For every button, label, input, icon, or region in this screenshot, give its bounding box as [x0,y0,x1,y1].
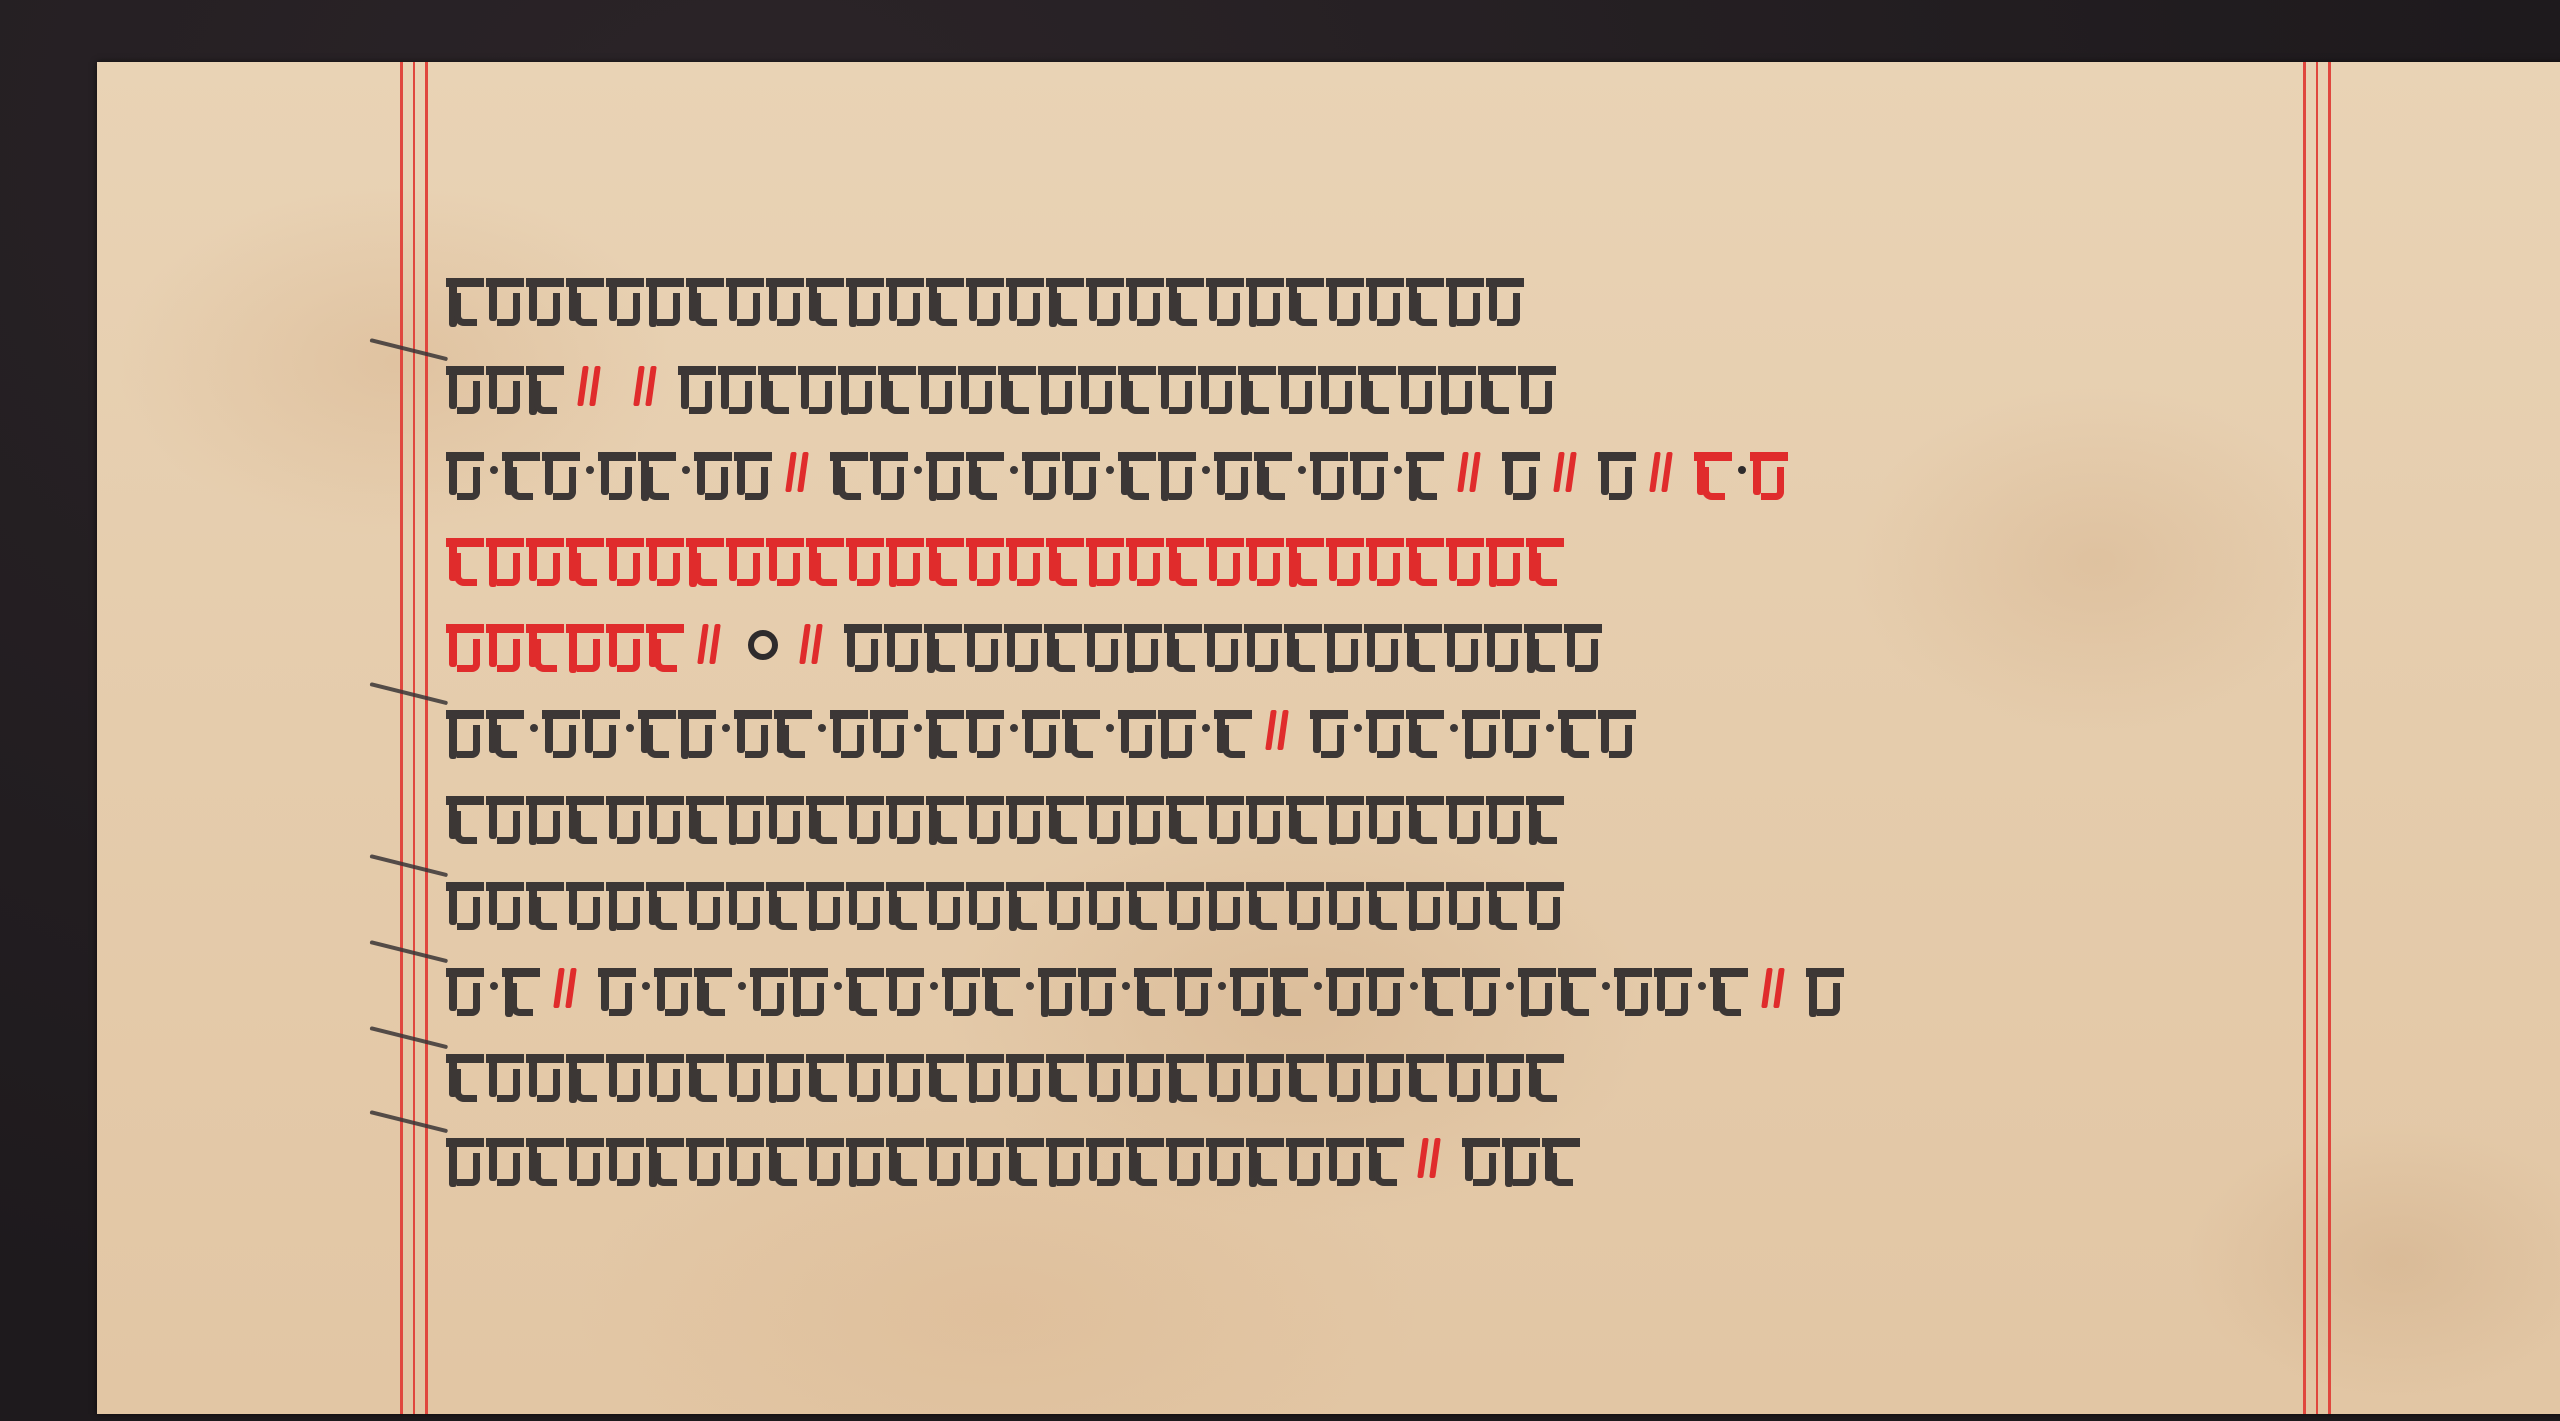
script-glyph [566,538,604,582]
script-glyph [1286,538,1324,582]
word-separator-dot [914,724,922,732]
script-glyph [526,1054,564,1098]
script-glyph [678,710,716,754]
black-ink-text-run [446,864,1566,926]
script-glyph [1326,968,1364,1012]
script-glyph [1614,968,1652,1012]
script-glyph [1086,1138,1124,1182]
script-glyph [942,968,980,1012]
script-glyph [686,538,724,582]
word-separator-dot [1106,724,1114,732]
script-glyph [646,1138,684,1182]
word-separator-dot [738,982,746,990]
script-glyph [1086,1054,1124,1098]
script-glyph [1166,278,1204,322]
word-separator-dot [1314,982,1322,990]
script-glyph [1118,366,1156,410]
script-glyph [726,538,764,582]
script-glyph [846,882,884,926]
script-glyph [1078,366,1116,410]
script-glyph [806,538,844,582]
double-danda-mark [798,616,826,668]
script-glyph [1206,1138,1244,1182]
script-glyph [966,882,1004,926]
script-glyph [1462,1138,1500,1182]
word-separator-dot [1122,982,1130,990]
script-glyph [1462,710,1500,754]
script-glyph [1366,882,1404,926]
script-glyph [926,796,964,840]
black-ink-text-run [446,348,566,410]
word-separator-dot [1202,724,1210,732]
script-glyph [1046,278,1084,322]
script-glyph [566,796,604,840]
word-separator-dot [1354,724,1362,732]
double-danda-mark [1760,960,1788,1012]
script-glyph [886,882,924,926]
word-separator-dot [1106,466,1114,474]
script-glyph [1278,366,1316,410]
script-glyph [1502,452,1540,496]
script-glyph [726,882,764,926]
script-glyph [446,278,484,322]
word-separator-dot [1506,982,1514,990]
manuscript-line [446,520,1566,582]
script-glyph [1486,882,1524,926]
double-danda-mark [1648,444,1676,496]
script-glyph [1174,968,1212,1012]
script-glyph [1446,538,1484,582]
script-glyph [1046,538,1084,582]
script-glyph [1204,624,1242,668]
script-glyph [646,882,684,926]
script-glyph [1406,882,1444,926]
script-glyph [1006,278,1044,322]
word-separator-dot [1394,466,1402,474]
script-glyph [1158,710,1196,754]
script-glyph [1124,624,1162,668]
script-glyph [646,796,684,840]
word-separator-dot [490,466,498,474]
script-glyph [446,452,484,496]
script-glyph [598,968,636,1012]
script-glyph [1078,968,1116,1012]
script-glyph [486,796,524,840]
script-glyph [886,1054,924,1098]
double-danda-mark [552,960,580,1012]
script-glyph [1526,538,1564,582]
script-glyph [1244,624,1282,668]
manuscript-text-block [97,62,2560,1414]
script-glyph [1062,710,1100,754]
black-ink-text-run [598,950,1750,1012]
script-glyph [686,1138,724,1182]
script-glyph [606,796,644,840]
word-separator-dot [1450,724,1458,732]
black-ink-text-run [844,606,1604,668]
script-glyph [1004,624,1042,668]
script-glyph [526,882,564,926]
script-glyph [1366,968,1404,1012]
script-glyph [638,710,676,754]
script-glyph [750,968,788,1012]
script-glyph [1366,278,1404,322]
word-separator-dot [682,466,690,474]
script-glyph [1206,538,1244,582]
script-glyph [1598,710,1636,754]
script-glyph [1238,366,1276,410]
script-glyph [446,796,484,840]
script-glyph [694,452,732,496]
script-glyph [1486,1054,1524,1098]
script-glyph [806,278,844,322]
script-glyph [1406,278,1444,322]
script-glyph [1486,796,1524,840]
script-glyph [1206,796,1244,840]
script-glyph [1366,710,1404,754]
word-separator-dot [1410,982,1418,990]
script-glyph [566,278,604,322]
script-glyph [766,1138,804,1182]
script-glyph [566,624,604,668]
black-ink-text-run [446,434,774,496]
script-glyph [1134,968,1172,1012]
script-glyph [1478,366,1516,410]
script-glyph [926,1138,964,1182]
script-glyph [686,278,724,322]
script-glyph [1166,1054,1204,1098]
script-glyph [446,1054,484,1098]
script-glyph [446,1138,484,1182]
double-danda-mark [1264,702,1292,754]
script-glyph [766,1054,804,1098]
script-glyph [798,366,836,410]
script-glyph [1230,968,1268,1012]
script-glyph [1438,366,1476,410]
manuscript-line [446,692,1638,754]
script-glyph [886,796,924,840]
script-glyph [1446,882,1484,926]
script-glyph [686,796,724,840]
script-glyph [502,452,540,496]
script-glyph [1046,882,1084,926]
double-danda-mark [1456,444,1484,496]
script-glyph [1006,796,1044,840]
script-glyph [446,710,484,754]
circle-symbol [748,630,778,660]
script-glyph [1164,624,1202,668]
script-glyph [958,366,996,410]
word-separator-dot [722,724,730,732]
script-glyph [734,452,772,496]
script-glyph [1502,710,1540,754]
script-glyph [1398,366,1436,410]
word-separator-dot [834,982,842,990]
manuscript-line [446,778,1566,840]
script-glyph [926,1054,964,1098]
script-glyph [726,796,764,840]
script-glyph [1118,452,1156,496]
script-glyph [966,1138,1004,1182]
script-glyph [1694,452,1732,496]
script-glyph [1502,1138,1540,1182]
script-glyph [446,538,484,582]
black-ink-text-run [1462,1120,1582,1182]
script-glyph [1214,710,1252,754]
script-glyph [646,624,684,668]
script-glyph [1046,796,1084,840]
script-glyph [766,538,804,582]
script-glyph [1086,882,1124,926]
script-glyph [1406,1054,1444,1098]
script-glyph [966,1054,1004,1098]
script-glyph [446,366,484,410]
script-glyph [686,882,724,926]
script-glyph [526,538,564,582]
script-glyph [1086,796,1124,840]
script-glyph [1246,882,1284,926]
script-glyph [1526,796,1564,840]
script-glyph [1022,710,1060,754]
script-glyph [926,278,964,322]
script-glyph [806,1054,844,1098]
black-ink-text-run [446,1120,1406,1182]
script-glyph [838,366,876,410]
word-separator-dot [1738,466,1746,474]
script-glyph [734,710,772,754]
script-glyph [1446,796,1484,840]
script-glyph [1326,796,1364,840]
black-ink-text-run [446,1036,1566,1098]
word-separator-dot [1602,982,1610,990]
black-ink-text-run [1598,434,1638,496]
script-glyph [830,452,868,496]
script-glyph [1166,796,1204,840]
manuscript-line [446,864,1566,926]
script-glyph [886,538,924,582]
margin-correction-stroke [370,1026,449,1049]
script-glyph [486,882,524,926]
script-glyph [542,710,580,754]
script-glyph [1126,882,1164,926]
script-glyph [846,538,884,582]
script-glyph [1286,796,1324,840]
word-separator-dot [818,724,826,732]
script-glyph [1286,1138,1324,1182]
word-separator-dot [1698,982,1706,990]
script-glyph [982,968,1020,1012]
script-glyph [542,452,580,496]
script-glyph [884,624,922,668]
black-ink-text-run [446,260,1526,322]
script-glyph [806,796,844,840]
word-separator-dot [1546,724,1554,732]
script-glyph [774,710,812,754]
script-glyph [1286,1054,1324,1098]
script-glyph [790,968,828,1012]
script-glyph [1486,538,1524,582]
script-glyph [1518,968,1556,1012]
script-glyph [526,366,564,410]
script-glyph [1326,882,1364,926]
script-glyph [1406,452,1444,496]
script-glyph [886,278,924,322]
script-glyph [1246,278,1284,322]
manuscript-folio [97,62,2560,1414]
word-separator-dot [1218,982,1226,990]
script-glyph [1446,278,1484,322]
script-glyph [806,1138,844,1182]
word-separator-dot [1026,982,1034,990]
script-glyph [566,1138,604,1182]
script-glyph [1166,1138,1204,1182]
script-glyph [1126,538,1164,582]
script-glyph [766,882,804,926]
script-glyph [870,452,908,496]
manuscript-line [446,606,1604,668]
script-glyph [1214,452,1252,496]
script-glyph [566,882,604,926]
script-glyph [1206,882,1244,926]
script-glyph [926,538,964,582]
script-glyph [1710,968,1748,1012]
script-glyph [1084,624,1122,668]
script-glyph [646,538,684,582]
script-glyph [844,624,882,668]
script-glyph [1246,538,1284,582]
black-ink-text-run [446,950,542,1012]
script-glyph [846,1054,884,1098]
script-glyph [1126,1138,1164,1182]
script-glyph [1006,1054,1044,1098]
script-glyph [766,278,804,322]
manuscript-line [446,1036,1566,1098]
script-glyph [1524,624,1562,668]
script-glyph [582,710,620,754]
script-glyph [918,366,956,410]
script-glyph [1542,1138,1580,1182]
script-glyph [1006,882,1044,926]
script-glyph [1484,624,1522,668]
script-glyph [1598,452,1636,496]
script-glyph [806,882,844,926]
script-glyph [646,278,684,322]
script-glyph [1166,882,1204,926]
script-glyph [606,624,644,668]
script-glyph [1126,796,1164,840]
script-glyph [966,452,1004,496]
script-glyph [678,366,716,410]
black-ink-text-run [446,692,1254,754]
script-glyph [1246,1138,1284,1182]
margin-correction-stroke [370,854,449,877]
script-glyph [1046,1054,1084,1098]
double-danda-mark [784,444,812,496]
script-glyph [486,624,524,668]
script-glyph [1166,538,1204,582]
script-glyph [1286,882,1324,926]
script-glyph [1062,452,1100,496]
word-separator-dot [914,466,922,474]
script-glyph [1526,1054,1564,1098]
word-separator-dot [1010,724,1018,732]
script-glyph [1310,452,1348,496]
script-glyph [606,1138,644,1182]
red-ink-text-run [1694,434,1790,496]
script-glyph [964,624,1002,668]
script-glyph [654,968,692,1012]
script-glyph [846,278,884,322]
word-separator-dot [586,466,594,474]
red-ink-text-run [446,606,686,668]
script-glyph [1326,278,1364,322]
script-glyph [486,278,524,322]
script-glyph [1044,624,1082,668]
script-glyph [1358,366,1396,410]
manuscript-line [446,260,1526,322]
script-glyph [486,1138,524,1182]
black-ink-text-run [830,434,1446,496]
script-glyph [1206,1054,1244,1098]
script-glyph [1158,452,1196,496]
script-glyph [1326,1054,1364,1098]
double-danda-mark [576,358,604,410]
script-glyph [1350,452,1388,496]
script-glyph [526,278,564,322]
script-glyph [1518,366,1556,410]
black-ink-text-run [678,348,1558,410]
double-danda-mark [632,358,660,410]
script-glyph [598,452,636,496]
script-glyph [1198,366,1236,410]
script-glyph [638,452,676,496]
script-glyph [758,366,796,410]
script-glyph [1310,710,1348,754]
script-glyph [1444,624,1482,668]
word-separator-dot [530,724,538,732]
script-glyph [966,278,1004,322]
word-separator-dot [490,982,498,990]
script-glyph [1318,366,1356,410]
script-glyph [1422,968,1460,1012]
script-glyph [502,968,540,1012]
black-ink-text-run [1806,950,1846,1012]
script-glyph [1654,968,1692,1012]
script-glyph [526,796,564,840]
script-glyph [924,624,962,668]
script-glyph [1462,968,1500,1012]
script-glyph [846,968,884,1012]
word-separator-dot [930,982,938,990]
black-ink-text-run [1310,692,1638,754]
script-glyph [1404,624,1442,668]
script-glyph [1366,538,1404,582]
script-glyph [606,1054,644,1098]
script-glyph [446,968,484,1012]
manuscript-line [446,1120,1582,1182]
script-glyph [1046,1138,1084,1182]
script-glyph [1284,624,1322,668]
script-glyph [1286,278,1324,322]
manuscript-line [446,348,1558,410]
script-glyph [718,366,756,410]
script-glyph [1486,278,1524,322]
script-glyph [1406,538,1444,582]
word-separator-dot [642,982,650,990]
script-glyph [1158,366,1196,410]
script-glyph [1038,968,1076,1012]
script-glyph [1246,1054,1284,1098]
